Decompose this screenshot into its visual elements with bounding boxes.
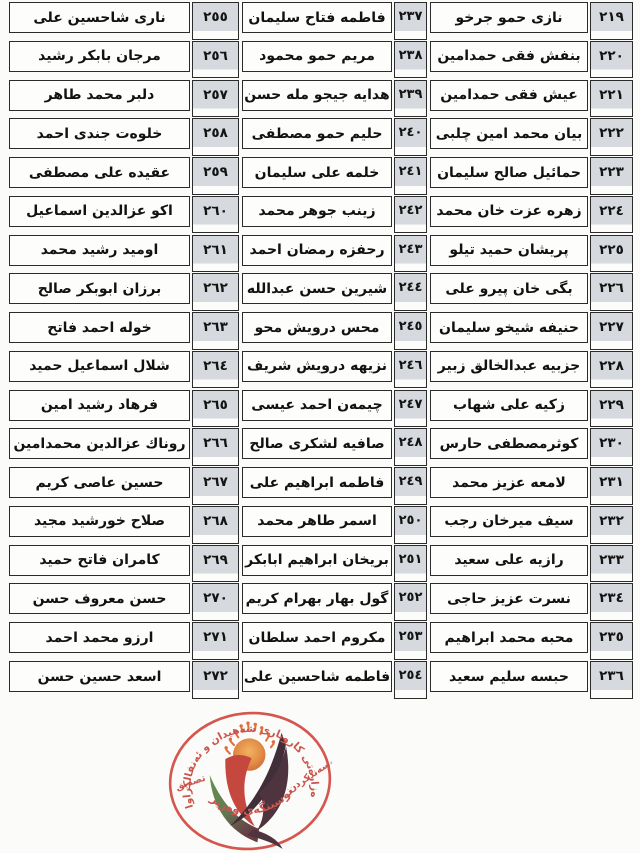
serial-number-cell: ٢٤٩ [394, 467, 427, 505]
serial-number-cell: ٢٤١ [394, 157, 427, 195]
serial-number-cell: ٢٦٦ [192, 428, 239, 466]
person-name-cell: روناك عزالدين محمدامين [9, 428, 190, 459]
serial-number: ٢٤٤ [399, 280, 423, 297]
serial-number: ٢٣٥ [599, 629, 624, 647]
person-name-cell: حسن معروف حسن [9, 583, 190, 614]
person-name: خلمه على سليمان [255, 165, 380, 181]
table-row: ٢٦٣ خوله احمد فاتح [9, 312, 239, 351]
serial-number-cell: ٢٤٤ [394, 273, 427, 311]
serial-number: ٢٥٦ [203, 48, 228, 66]
serial-number-cell: ٢٦٠ [192, 196, 239, 234]
serial-number: ٢٦٢ [203, 280, 228, 298]
table-row: ٢٣١ لامعه عزيز محمد [430, 467, 633, 506]
table-row: ٢٢٧ حنيفه شيخو سليمان [430, 312, 633, 351]
person-name: حبسه سليم سعيد [449, 669, 569, 685]
person-name: بريخان ابراهيم ابابكر [245, 552, 389, 568]
person-name: مرجان بابكر رشيد [38, 48, 161, 64]
serial-number: ٢١٩ [599, 9, 624, 27]
person-name-cell: برزان ابوبكر صالح [9, 273, 190, 304]
table-row: ٢٣٣ رازيه على سعيد [430, 545, 633, 584]
serial-number-cell: ٢٧٢ [192, 661, 239, 699]
person-name-cell: بنفش فقى حمدامين [430, 41, 588, 72]
table-row: ٢٢٨ جزبيه عبدالخالق زبير [430, 351, 633, 390]
serial-number: ٢٦٨ [203, 513, 228, 531]
table-row: ٢٥٦ مرجان بابكر رشيد [9, 41, 239, 80]
serial-number: ٢٢٥ [599, 242, 624, 260]
person-name-cell: هدايه جيجو مله حسن [242, 80, 392, 111]
person-name-cell: اسمر طاهر محمد [242, 506, 392, 537]
person-name-cell: بيان محمد امين چلبى [430, 118, 588, 149]
serial-number: ٢٦٣ [203, 319, 228, 337]
person-name: حنيفه شيخو سليمان [439, 320, 579, 336]
person-name-cell: شلال اسماعيل حميد [9, 351, 190, 382]
table-row: ٢٢٣ حمائيل صالح سليمان [430, 157, 633, 196]
serial-number: ٢٢٩ [599, 397, 624, 415]
serial-number-cell: ٢٣٠ [590, 428, 633, 466]
person-name-cell: حبسه سليم سعيد [430, 661, 588, 692]
person-name: بگى خان پيرو على [445, 281, 572, 297]
person-name-cell: ارزو محمد احمد [9, 622, 190, 653]
person-name-cell: خوله احمد فاتح [9, 312, 190, 343]
person-name-cell: گول بهار بهرام كريم [242, 583, 392, 614]
serial-number-cell: ٢٣٦ [590, 661, 633, 699]
serial-number: ٢٢٣ [599, 164, 624, 182]
person-name: محبه محمد ابراهيم [445, 630, 574, 646]
person-name: گول بهار بهرام كريم [246, 591, 389, 607]
person-name: زهره عزت خان محمد [436, 203, 581, 219]
serial-number: ٢٤٣ [399, 242, 423, 259]
serial-number-cell: ٢٤٨ [394, 428, 427, 466]
serial-number: ٢٢٧ [599, 319, 624, 337]
serial-number-cell: ٢٦٧ [192, 467, 239, 505]
person-name: حسن معروف حسن [33, 591, 167, 607]
serial-number: ٢٥٥ [203, 9, 228, 27]
person-name-cell: عقيده على مصطفى [9, 157, 190, 188]
table-row: ٢٥٩ عقيده على مصطفى [9, 157, 239, 196]
serial-number-cell: ٢٥٢ [394, 583, 427, 621]
serial-number: ٢٥٣ [399, 629, 423, 646]
serial-number-cell: ٢٦٢ [192, 273, 239, 311]
person-name: نازى حمو جرخو [455, 10, 562, 26]
serial-number-cell: ٢٥٩ [192, 157, 239, 195]
serial-number-cell: ٢٤٠ [394, 118, 427, 156]
person-name-cell: صافيه لشكرى صالح [242, 428, 392, 459]
table-row: ٢٢٦ بگى خان پيرو على [430, 273, 633, 312]
person-name: فاطمه شاحسين على [244, 669, 390, 685]
serial-number-cell: ٢٧٠ [192, 583, 239, 621]
serial-number: ٢٢٦ [599, 280, 624, 298]
person-name: فاطمه فتاح سليمان [248, 10, 385, 26]
person-name-cell: زكيه على شهاب [430, 390, 588, 421]
person-name: رحفزه رمضان احمد [249, 242, 384, 258]
serial-number: ٢٢٢ [599, 125, 624, 143]
person-name-cell: فاطمه فتاح سليمان [242, 2, 392, 33]
serial-number: ٢٦٩ [203, 552, 228, 570]
serial-number: ٢٣٣ [599, 552, 624, 570]
table-row: ٢٥٠ اسمر طاهر محمد [242, 506, 427, 545]
serial-number: ٢٣٠ [599, 435, 624, 453]
person-name: بنفش فقى حمدامين [437, 48, 580, 64]
person-name: عيش فقى حمدامين [440, 87, 578, 103]
serial-number: ٢٢٤ [599, 203, 624, 221]
serial-number-cell: ٢٦١ [192, 235, 239, 273]
person-name-cell: فرهاد رشيد امين [9, 390, 190, 421]
serial-number-cell: ٢٢٦ [590, 273, 633, 311]
table-row: ٢٦٩ كامران فاتح حميد [9, 545, 239, 584]
person-name-cell: صلاح خورشيد مجيد [9, 506, 190, 537]
person-name: رازيه على سعيد [454, 552, 563, 568]
table-row: ٢٥٨ خلوەت جندى احمد [9, 118, 239, 157]
table-row: ٢٦٥ فرهاد رشيد امين [9, 390, 239, 429]
person-name-cell: كوثرمصطفى حارس [430, 428, 588, 459]
serial-number-cell: ٢٢٨ [590, 351, 633, 389]
serial-number-cell: ٢٣٢ [590, 506, 633, 544]
table-row: ٢٣٢ سيف ميرخان رجب [430, 506, 633, 545]
person-name: حسين عاصى كريم [36, 475, 164, 491]
person-name-cell: مريم حمو محمود [242, 41, 392, 72]
serial-number-cell: ٢٥٤ [394, 661, 427, 699]
table-row: ٢٤٣ رحفزه رمضان احمد [242, 235, 427, 274]
table-row: ٢٦٦ روناك عزالدين محمدامين [9, 428, 239, 467]
person-name-cell: حمائيل صالح سليمان [430, 157, 588, 188]
serial-number-cell: ٢٤٧ [394, 390, 427, 428]
serial-number: ٢٤٠ [399, 125, 423, 142]
serial-number: ٢٦٤ [203, 358, 228, 376]
serial-number-cell: ٢٣٣ [590, 545, 633, 583]
person-name: برزان ابوبكر صالح [38, 281, 162, 297]
person-name: ارزو محمد احمد [46, 630, 154, 646]
person-name: زكيه على شهاب [453, 397, 565, 413]
person-name-cell: فاطمه شاحسين على [242, 661, 392, 692]
person-name-cell: زهره عزت خان محمد [430, 196, 588, 227]
serial-number-cell: ٢٣٧ [394, 2, 427, 40]
serial-number: ٢٥٤ [399, 668, 423, 685]
table-row: ٢٢٤ زهره عزت خان محمد [430, 196, 633, 235]
serial-number: ٢٦٠ [203, 203, 228, 221]
serial-number-cell: ٢٥١ [394, 545, 427, 583]
serial-number-cell: ٢٥٧ [192, 80, 239, 118]
table-row: ٢٣٤ نسرت عزيز حاجى [430, 583, 633, 622]
person-name: پريشان حميد تيلو [449, 242, 568, 258]
serial-number: ٢٦١ [203, 242, 228, 260]
person-name-cell: اسعد حسين حسن [9, 661, 190, 692]
table-row: ٢٣٨ مريم حمو محمود [242, 41, 427, 80]
serial-number: ٢٤٩ [399, 474, 423, 491]
serial-number: ٢٧١ [203, 629, 228, 647]
person-name: نارى شاحسين على [33, 10, 165, 26]
serial-number-cell: ٢٤٦ [394, 351, 427, 389]
person-name-cell: نازى حمو جرخو [430, 2, 588, 33]
table-row: ٢٤٨ صافيه لشكرى صالح [242, 428, 427, 467]
table-row: ٢٣٦ حبسه سليم سعيد [430, 661, 633, 700]
person-name-cell: اكو عزالدين اسماعيل [9, 196, 190, 227]
person-name: شلال اسماعيل حميد [29, 358, 170, 374]
table-row: ٢٤٧ چيمەن احمد عيسى [242, 390, 427, 429]
serial-number: ٢٣٦ [599, 668, 624, 686]
person-name: عقيده على مصطفى [29, 165, 170, 181]
person-name-cell: جزبيه عبدالخالق زبير [430, 351, 588, 382]
person-name: حمائيل صالح سليمان [437, 165, 581, 181]
serial-number: ٢٣١ [599, 474, 624, 492]
table-row: ٢٣٩ هدايه جيجو مله حسن [242, 80, 427, 119]
person-name-cell: حسين عاصى كريم [9, 467, 190, 498]
person-name: مريم حمو محمود [259, 48, 375, 64]
table-row: ٢٢٩ زكيه على شهاب [430, 390, 633, 429]
person-name: جزبيه عبدالخالق زبير [438, 358, 580, 374]
person-name: نزيهه درويش شريف [247, 358, 387, 374]
table-row: ٢٧١ ارزو محمد احمد [9, 622, 239, 661]
person-name: خوله احمد فاتح [47, 320, 152, 336]
person-name: سيف ميرخان رجب [444, 513, 573, 529]
serial-number-cell: ٢٣٨ [394, 41, 427, 79]
person-name: دلبر محمد طاهر [45, 87, 155, 103]
person-name: هدايه جيجو مله حسن [244, 87, 389, 103]
person-name: بيان محمد امين چلبى [436, 126, 583, 142]
person-name: چيمەن احمد عيسى [251, 397, 382, 413]
person-name: فرهاد رشيد امين [41, 397, 158, 413]
serial-number: ٢٥٧ [203, 87, 228, 105]
serial-number-cell: ٢٦٣ [192, 312, 239, 350]
person-name-cell: مرجان بابكر رشيد [9, 41, 190, 72]
person-name-cell: لامعه عزيز محمد [430, 467, 588, 498]
table-row: ٢١٩ نازى حمو جرخو [430, 2, 633, 41]
serial-number-cell: ٢٥٦ [192, 41, 239, 79]
table-row: ٢٥٥ نارى شاحسين على [9, 2, 239, 41]
serial-number: ٢٦٧ [203, 474, 228, 492]
serial-number-cell: ٢٥٥ [192, 2, 239, 40]
table-row: ٢٥٢ گول بهار بهرام كريم [242, 583, 427, 622]
name-list-table: ٢١٩ نازى حمو جرخو ٢٢٠ بنفش فقى حمدامين ٢… [9, 2, 633, 700]
serial-number-cell: ٢٤٣ [394, 235, 427, 273]
ministry-stamp: وەزارەتى كاروبارى شەهيدان و ئەنفالكراوان… [160, 702, 340, 853]
serial-number: ٢٢٨ [599, 358, 624, 376]
serial-number: ٢٢١ [599, 87, 624, 105]
person-name-cell: رازيه على سعيد [430, 545, 588, 576]
serial-number-cell: ٢٧١ [192, 622, 239, 660]
serial-number: ٢٤٦ [399, 358, 423, 375]
serial-number-cell: ٢٦٩ [192, 545, 239, 583]
person-name-cell: اوميد رشيد محمد [9, 235, 190, 266]
person-name-cell: دلبر محمد طاهر [9, 80, 190, 111]
person-name-cell: كامران فاتح حميد [9, 545, 190, 576]
table-row: ٢٢٠ بنفش فقى حمدامين [430, 41, 633, 80]
table-row: ٢٣٠ كوثرمصطفى حارس [430, 428, 633, 467]
person-name-cell: پريشان حميد تيلو [430, 235, 588, 266]
serial-number: ٢٤٢ [399, 203, 423, 220]
serial-number: ٢٧٠ [203, 590, 228, 608]
serial-number-cell: ٢٢٧ [590, 312, 633, 350]
person-name: اكو عزالدين اسماعيل [26, 203, 173, 219]
person-name-cell: محس درويش محو [242, 312, 392, 343]
person-name-cell: نزيهه درويش شريف [242, 351, 392, 382]
serial-number: ٢٤٧ [399, 397, 423, 414]
serial-number: ٢٣٤ [599, 590, 624, 608]
table-row: ٢٦٤ شلال اسماعيل حميد [9, 351, 239, 390]
table-row: ٢٦٠ اكو عزالدين اسماعيل [9, 196, 239, 235]
serial-number-cell: ٢٣٥ [590, 622, 633, 660]
serial-number-cell: ٢٦٨ [192, 506, 239, 544]
serial-number: ٢٧٢ [203, 668, 228, 686]
person-name: اسعد حسين حسن [38, 669, 162, 685]
serial-number: ٢٣٢ [599, 513, 624, 531]
table-row: ٢٥٣ مكروم احمد سلطان [242, 622, 427, 661]
serial-number-cell: ٢٣١ [590, 467, 633, 505]
person-name-cell: سيف ميرخان رجب [430, 506, 588, 537]
table-row: ٢٦١ اوميد رشيد محمد [9, 235, 239, 274]
person-name: نسرت عزيز حاجى [447, 591, 571, 607]
table-row: ٢٤٦ نزيهه درويش شريف [242, 351, 427, 390]
serial-number: ٢٣٩ [399, 87, 423, 104]
serial-number: ٢٤١ [399, 164, 423, 181]
table-row: ٢٢٥ پريشان حميد تيلو [430, 235, 633, 274]
serial-number-cell: ٢٢٩ [590, 390, 633, 428]
person-name: كوثرمصطفى حارس [440, 436, 579, 452]
serial-number-cell: ٢٥٨ [192, 118, 239, 156]
table-row: ٢٤١ خلمه على سليمان [242, 157, 427, 196]
table-row: ٢٤٩ فاطمه ابراهيم على [242, 467, 427, 506]
serial-number-cell: ٢٢٥ [590, 235, 633, 273]
person-name: فاطمه ابراهيم على [250, 475, 385, 491]
person-name-cell: شيرين حسن عبدالله [242, 273, 392, 304]
serial-number-cell: ٢٣٤ [590, 583, 633, 621]
serial-number: ٢٣٧ [399, 9, 423, 26]
serial-number-cell: ٢٣٩ [394, 80, 427, 118]
table-row: ٢٢١ عيش فقى حمدامين [430, 80, 633, 119]
table-row: ٢٦٢ برزان ابوبكر صالح [9, 273, 239, 312]
serial-number-cell: ٢٢٤ [590, 196, 633, 234]
serial-number-cell: ٢٦٤ [192, 351, 239, 389]
table-row: ٢٢٢ بيان محمد امين چلبى [430, 118, 633, 157]
person-name: خلوەت جندى احمد [37, 126, 163, 142]
serial-number-cell: ٢٢١ [590, 80, 633, 118]
serial-number-cell: ٢٢٢ [590, 118, 633, 156]
person-name-cell: خلوەت جندى احمد [9, 118, 190, 149]
serial-number-cell: ٢٥٠ [394, 506, 427, 544]
person-name: روناك عزالدين محمدامين [13, 436, 185, 452]
table-row: ٢٥١ بريخان ابراهيم ابابكر [242, 545, 427, 584]
serial-number-cell: ٢٢٠ [590, 41, 633, 79]
person-name-cell: فاطمه ابراهيم على [242, 467, 392, 498]
person-name: محس درويش محو [255, 320, 380, 336]
person-name-cell: زينب جوهر محمد [242, 196, 392, 227]
serial-number: ٢٥١ [399, 552, 423, 569]
person-name: زينب جوهر محمد [258, 203, 375, 219]
person-name: شيرين حسن عبدالله [247, 281, 387, 297]
person-name-cell: بگى خان پيرو على [430, 273, 588, 304]
table-row: ٢٤٠ حليم حمو مصطفى [242, 118, 427, 157]
person-name-cell: محبه محمد ابراهيم [430, 622, 588, 653]
serial-number: ٢٥٨ [203, 125, 228, 143]
serial-number: ٢٥٩ [203, 164, 228, 182]
person-name-cell: نارى شاحسين على [9, 2, 190, 33]
serial-number: ٢٥٢ [399, 590, 423, 607]
person-name: صلاح خورشيد مجيد [34, 513, 165, 529]
serial-number-cell: ٢٤٥ [394, 312, 427, 350]
person-name-cell: مكروم احمد سلطان [242, 622, 392, 653]
person-name-cell: حنيفه شيخو سليمان [430, 312, 588, 343]
list-column-middle: ٢٣٧ فاطمه فتاح سليمان ٢٣٨ مريم حمو محمود… [242, 2, 427, 700]
serial-number: ٢٤٥ [399, 319, 423, 336]
serial-number-cell: ٢٥٣ [394, 622, 427, 660]
table-row: ٢٣٧ فاطمه فتاح سليمان [242, 2, 427, 41]
table-row: ٢٦٧ حسين عاصى كريم [9, 467, 239, 506]
person-name-cell: حليم حمو مصطفى [242, 118, 392, 149]
person-name-cell: خلمه على سليمان [242, 157, 392, 188]
list-column-left: ٢٥٥ نارى شاحسين على ٢٥٦ مرجان بابكر رشيد… [9, 2, 239, 700]
serial-number-cell: ٢٦٥ [192, 390, 239, 428]
serial-number-cell: ٢٢٣ [590, 157, 633, 195]
table-row: ٢٧٠ حسن معروف حسن [9, 583, 239, 622]
person-name: اسمر طاهر محمد [257, 513, 377, 529]
table-row: ٢٥٧ دلبر محمد طاهر [9, 80, 239, 119]
person-name: حليم حمو مصطفى [252, 126, 383, 142]
table-row: ٢٧٢ اسعد حسين حسن [9, 661, 239, 700]
serial-number: ٢٦٥ [203, 397, 228, 415]
serial-number-cell: ٢٤٢ [394, 196, 427, 234]
person-name: لامعه عزيز محمد [452, 475, 566, 491]
person-name: كامران فاتح حميد [39, 552, 159, 568]
person-name: مكروم احمد سلطان [249, 630, 386, 646]
table-row: ٢٥٤ فاطمه شاحسين على [242, 661, 427, 700]
serial-number: ٢٤٨ [399, 435, 423, 452]
person-name-cell: نسرت عزيز حاجى [430, 583, 588, 614]
person-name-cell: چيمەن احمد عيسى [242, 390, 392, 421]
serial-number: ٢٣٨ [399, 48, 423, 65]
person-name-cell: بريخان ابراهيم ابابكر [242, 545, 392, 576]
table-row: ٢٦٨ صلاح خورشيد مجيد [9, 506, 239, 545]
table-row: ٢٣٥ محبه محمد ابراهيم [430, 622, 633, 661]
serial-number-cell: ٢١٩ [590, 2, 633, 40]
serial-number: ٢٥٠ [399, 513, 423, 530]
person-name-cell: عيش فقى حمدامين [430, 80, 588, 111]
serial-number: ٢٢٠ [599, 48, 624, 66]
person-name: صافيه لشكرى صالح [249, 436, 384, 452]
scanned-document-page: ٢١٩ نازى حمو جرخو ٢٢٠ بنفش فقى حمدامين ٢… [0, 0, 640, 853]
table-row: ٢٤٢ زينب جوهر محمد [242, 196, 427, 235]
serial-number: ٢٦٦ [203, 435, 228, 453]
person-name: اوميد رشيد محمد [41, 242, 159, 258]
list-column-right: ٢١٩ نازى حمو جرخو ٢٢٠ بنفش فقى حمدامين ٢… [430, 2, 633, 700]
table-row: ٢٤٤ شيرين حسن عبدالله [242, 273, 427, 312]
person-name-cell: رحفزه رمضان احمد [242, 235, 392, 266]
table-row: ٢٤٥ محس درويش محو [242, 312, 427, 351]
